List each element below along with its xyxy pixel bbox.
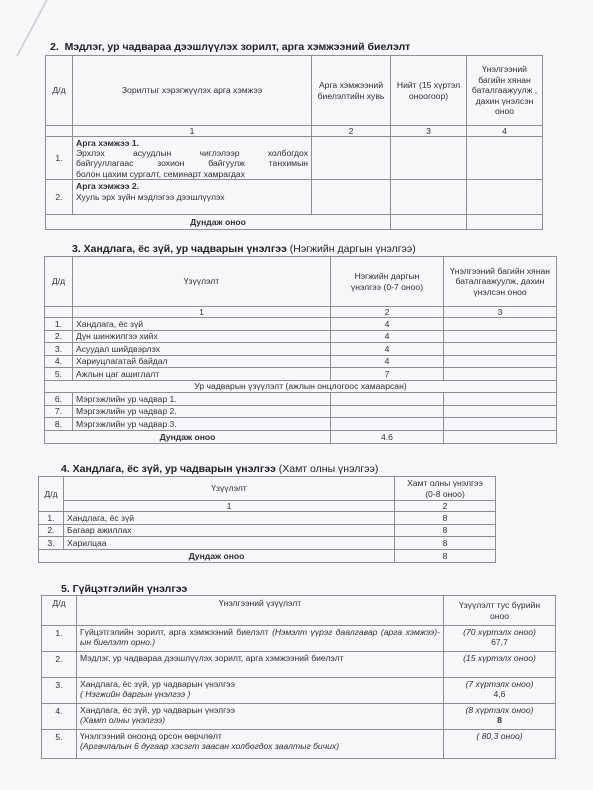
completion-cell xyxy=(312,137,391,180)
table-row: 5.Ажлын цаг ашиглалт7 xyxy=(45,368,557,381)
section3-title: 3. Хандлага, ёс зүй, ур чадварын үнэлгээ… xyxy=(72,243,416,255)
row-index: 2. xyxy=(42,652,77,678)
manager-score xyxy=(331,405,444,418)
empty-cell xyxy=(46,126,73,137)
average-row: Дундаж оноо xyxy=(46,215,543,230)
score-cell: ( 80,3 оноо) xyxy=(444,730,556,759)
column-number: 1 xyxy=(73,307,331,318)
section2-title: 2. Мэдлэг, ур чадвараа дээшлүүлэх зорилт… xyxy=(50,41,410,53)
indicator-label: Багаар ажиллах xyxy=(64,524,395,537)
header-index: Д/д xyxy=(39,477,64,512)
section2-table: Д/д Зорилтыг хэрэгжүүлэх арга хэмжээ Арг… xyxy=(45,55,543,230)
score-cell: (70 хүртэлх оноо)67,7 xyxy=(444,626,556,652)
indicator-main: Хандлага, ёс зүй, ур чадварын үнэлгээ xyxy=(80,705,440,715)
measure-line: болон цахим сургалт, семинарт хамрагдах xyxy=(76,169,308,179)
score-value: 67,7 xyxy=(447,637,552,647)
table-row: 2. Арга хэмжээ 2. Хууль эрх зүйн мэдлэгэ… xyxy=(46,180,543,215)
skill-label: Мэргэжлийн ур чадвар 2. xyxy=(73,405,331,418)
skills-subheader-row: Ур чадварын үзүүлэлт (ажлын онцлогоос ха… xyxy=(45,380,557,393)
indicator-cell: Үнэлгээний оноонд орсон өөрчлөлт(Аргачла… xyxy=(77,730,444,759)
measure-title: Арга хэмжээ 2. xyxy=(76,181,308,191)
average-score: 4.6 xyxy=(331,430,444,443)
indicator-cell: Хандлага, ёс зүй, ур чадварын үнэлгээ(Ха… xyxy=(77,704,444,730)
table-row: 3.Асуудал шийдвэрлэх4 xyxy=(45,343,557,356)
indicator-main: Гүйцэтгэлийн зорилт, арга хэмжээний биел… xyxy=(80,627,269,637)
row-index: 4. xyxy=(42,704,77,730)
manager-score: 4 xyxy=(331,343,444,356)
section2-header-row: Д/д Зорилтыг хэрэгжүүлэх арга хэмжээ Арг… xyxy=(46,56,543,126)
table-row: 2.Мэдлэг, ур чадвараа дээшлүүлэх зорилт,… xyxy=(42,652,556,678)
header-index: Д/д xyxy=(42,596,77,626)
team-score: 8 xyxy=(395,524,496,537)
section2-number: 2. xyxy=(50,41,59,53)
average-score: 8 xyxy=(395,549,496,562)
row-index: 5. xyxy=(42,730,77,759)
header-indicator: Үнэлгээний үзүүлэлт xyxy=(77,596,444,626)
table-row: 1. Арга хэмжээ 1. Эрхлэх асуудлын чиглэл… xyxy=(46,137,543,180)
row-index: 2. xyxy=(45,330,73,343)
indicator-label: Хариуцлагатай байдал xyxy=(73,355,331,368)
score-value: 4,6 xyxy=(447,689,552,699)
reviewed-score xyxy=(444,318,557,331)
row-index: 7. xyxy=(45,405,73,418)
section3-column-numbers: 1 2 3 xyxy=(45,307,557,318)
header-manager-score: Нэгжийн даргын үнэлгээ (0-7 оноо) xyxy=(331,257,444,307)
skill-label: Мэргэжлийн ур чадвар 1. xyxy=(73,393,331,406)
table-row: 8.Мэргэжлийн ур чадвар 3. xyxy=(45,418,557,431)
score-max: (7 хүртэлх оноо) xyxy=(447,679,552,689)
header-team-score: Хамт олны үнэлгээ (0-8 оноо) xyxy=(395,477,496,501)
row-index: 1. xyxy=(46,137,73,180)
total-cell xyxy=(391,137,467,180)
reviewed-cell xyxy=(467,180,543,215)
header-indicator: Үзүүлэлт xyxy=(73,257,331,307)
team-score: 8 xyxy=(395,537,496,550)
header-indicator: Үзүүлэлт xyxy=(64,477,395,501)
measure-line: Хууль эрх зүйн мэдлэгээ дээшлүүлэх xyxy=(76,192,308,202)
column-number: 1 xyxy=(64,501,395,512)
manager-score xyxy=(331,393,444,406)
reviewed-score xyxy=(444,355,557,368)
row-index: 1. xyxy=(45,318,73,331)
header-score: Үзүүлэлт тус бүрийн оноо xyxy=(444,596,556,626)
row-index: 1. xyxy=(42,626,77,652)
header-reviewed: Үнэлгээний багийн хянан баталгаажуулж, д… xyxy=(444,257,557,307)
row-index: 4. xyxy=(45,355,73,368)
section4-column-numbers: 1 2 xyxy=(39,501,496,512)
section5-title: 5. Гүйцэтгэлийн үнэлгээ xyxy=(61,583,187,595)
reviewed-cell xyxy=(467,137,543,180)
score-max: ( 80,3 оноо) xyxy=(447,731,552,741)
section2-column-numbers: 1 2 3 4 xyxy=(46,126,543,137)
table-row: 3.Хандлага, ёс зүй, ур чадварын үнэлгээ(… xyxy=(42,678,556,704)
indicator-label: Ажлын цаг ашиглалт xyxy=(73,368,331,381)
score-max: (70 хүртэлх оноо) xyxy=(447,627,552,637)
table-row: 1.Гүйцэтгэлийн зорилт, арга хэмжээний би… xyxy=(42,626,556,652)
reviewed-score xyxy=(444,368,557,381)
header-measure: Зорилтыг хэрэгжүүлэх арга хэмжээ xyxy=(73,56,312,126)
indicator-main: Үнэлгээний оноонд орсон өөрчлөлт xyxy=(80,731,440,741)
measure-cell: Арга хэмжээ 2. Хууль эрх зүйн мэдлэгээ д… xyxy=(73,180,312,215)
indicator-label: Асуудал шийдвэрлэх xyxy=(73,343,331,356)
header-reviewed: Үнэлгээний багийн хянан баталгаажуулж , … xyxy=(467,56,543,126)
page-edge-shadow xyxy=(0,0,50,56)
empty-cell xyxy=(45,307,73,318)
average-row: Дундаж оноо 4.6 xyxy=(45,430,557,443)
table-row: 2.Дүн шинжилгээ хийх4 xyxy=(45,330,557,343)
section4-title-note: (Хамт олны үнэлгээ) xyxy=(279,463,379,475)
average-reviewed xyxy=(444,430,557,443)
header-total: Нийт (15 хүртэл оноогоор) xyxy=(391,56,467,126)
section4-table: Д/д Үзүүлэлт Хамт олны үнэлгээ (0-8 оноо… xyxy=(38,476,496,563)
score-cell: (15 хүртэлх оноо) xyxy=(444,652,556,678)
header-index: Д/д xyxy=(45,257,73,307)
section3-title-note: (Нэгжийн даргын үнэлгээ) xyxy=(290,243,416,255)
column-number: 4 xyxy=(467,126,543,137)
reviewed-score xyxy=(444,418,557,431)
table-row: 4.Хандлага, ёс зүй, ур чадварын үнэлгээ(… xyxy=(42,704,556,730)
table-row: 2.Багаар ажиллах8 xyxy=(39,524,496,537)
measure-line: Эрхлэх асуудлын чиглэлээр холбогдох xyxy=(76,148,308,158)
measure-cell: Арга хэмжээ 1. Эрхлэх асуудлын чиглэлээр… xyxy=(73,137,312,180)
score-cell: (8 хүртэлх оноо)8 xyxy=(444,704,556,730)
measure-line: байгууллагаас зохион байгуулж танхимын xyxy=(76,158,308,168)
column-number: 3 xyxy=(444,307,557,318)
indicator-label: Хандлага, ёс зүй xyxy=(64,512,395,525)
indicator-label: Харилцаа xyxy=(64,537,395,550)
reviewed-score xyxy=(444,343,557,356)
manager-score xyxy=(331,418,444,431)
score-cell: (7 хүртэлх оноо)4,6 xyxy=(444,678,556,704)
table-row: 6.Мэргэжлийн ур чадвар 1. xyxy=(45,393,557,406)
section4-header-row: Д/д Үзүүлэлт Хамт олны үнэлгээ (0-8 оноо… xyxy=(39,477,496,501)
section3-header-row: Д/д Үзүүлэлт Нэгжийн даргын үнэлгээ (0-7… xyxy=(45,257,557,307)
score-max: (8 хүртэлх оноо) xyxy=(447,705,552,715)
indicator-label: Хандлага, ёс зүй xyxy=(73,318,331,331)
average-total xyxy=(391,215,467,230)
table-row: 5.Үнэлгээний оноонд орсон өөрчлөлт(Аргач… xyxy=(42,730,556,759)
manager-score: 7 xyxy=(331,368,444,381)
table-row: 3.Харилцаа8 xyxy=(39,537,496,550)
team-score: 8 xyxy=(395,512,496,525)
row-index: 6. xyxy=(45,393,73,406)
manager-score: 4 xyxy=(331,330,444,343)
reviewed-score xyxy=(444,393,557,406)
section4-title-bold: 4. Хандлага, ёс зүй, ур чадварын үнэлгээ xyxy=(61,463,276,475)
column-number: 2 xyxy=(312,126,391,137)
section2-title-text: Мэдлэг, ур чадвараа дээшлүүлэх зорилт, а… xyxy=(65,41,411,53)
header-index: Д/д xyxy=(46,56,73,126)
row-index: 8. xyxy=(45,418,73,431)
average-label: Дундаж оноо xyxy=(46,215,391,230)
indicator-note: (Аргачлалын 6 дугаар хэсэгт заасан холбо… xyxy=(80,741,440,751)
column-number: 3 xyxy=(391,126,467,137)
total-cell xyxy=(391,180,467,215)
indicator-text: Гүйцэтгэлийн зорилт, арга хэмжээний биел… xyxy=(80,627,440,648)
header-completion: Арга хэмжээний биелэлтийн хувь xyxy=(312,56,391,126)
row-index: 3. xyxy=(45,343,73,356)
row-index: 5. xyxy=(45,368,73,381)
skill-label: Мэргэжлийн ур чадвар 3. xyxy=(73,418,331,431)
indicator-main: Хандлага, ёс зүй, ур чадварын үнэлгээ xyxy=(80,679,440,689)
average-reviewed xyxy=(467,215,543,230)
column-number: 2 xyxy=(395,501,496,512)
average-row: Дундаж оноо 8 xyxy=(39,549,496,562)
row-index: 2. xyxy=(46,180,73,215)
average-label: Дундаж оноо xyxy=(45,430,331,443)
section3-table: Д/д Үзүүлэлт Нэгжийн даргын үнэлгээ (0-7… xyxy=(44,256,557,444)
reviewed-score xyxy=(444,330,557,343)
row-index: 3. xyxy=(42,678,77,704)
indicator-cell: Хандлага, ёс зүй, ур чадварын үнэлгээ( Н… xyxy=(77,678,444,704)
table-row: 7.Мэргэжлийн ур чадвар 2. xyxy=(45,405,557,418)
score-value: 8 xyxy=(447,715,552,725)
row-index: 2. xyxy=(39,524,64,537)
section3-title-bold: 3. Хандлага, ёс зүй, ур чадварын үнэлгээ xyxy=(72,243,287,255)
table-row: 1.Хандлага, ёс зүй4 xyxy=(45,318,557,331)
row-index: 1. xyxy=(39,512,64,525)
skills-subheader: Ур чадварын үзүүлэлт (ажлын онцлогоос ха… xyxy=(45,380,557,393)
score-max: (15 хүртэлх оноо) xyxy=(447,653,552,663)
column-number: 1 xyxy=(73,126,312,137)
section4-title: 4. Хандлага, ёс зүй, ур чадварын үнэлгээ… xyxy=(61,463,378,475)
indicator-main: Мэдлэг, ур чадвараа дээшлүүлэх зорилт, а… xyxy=(80,653,344,663)
average-label: Дундаж оноо xyxy=(39,549,395,562)
indicator-cell: Гүйцэтгэлийн зорилт, арга хэмжээний биел… xyxy=(77,626,444,652)
measure-title: Арга хэмжээ 1. xyxy=(76,138,308,148)
row-index: 3. xyxy=(39,537,64,550)
manager-score: 4 xyxy=(331,355,444,368)
table-row: 1.Хандлага, ёс зүй8 xyxy=(39,512,496,525)
indicator-cell: Мэдлэг, ур чадвараа дээшлүүлэх зорилт, а… xyxy=(77,652,444,678)
manager-score: 4 xyxy=(331,318,444,331)
indicator-note: (Хамт олны үнэлгээ) xyxy=(80,715,440,725)
completion-cell xyxy=(312,180,391,215)
indicator-label: Дүн шинжилгээ хийх xyxy=(73,330,331,343)
column-number: 2 xyxy=(331,307,444,318)
indicator-text: Мэдлэг, ур чадвараа дээшлүүлэх зорилт, а… xyxy=(80,653,440,663)
section5-table: Д/д Үнэлгээний үзүүлэлт Үзүүлэлт тус бүр… xyxy=(41,595,556,759)
table-row: 4.Хариуцлагатай байдал4 xyxy=(45,355,557,368)
indicator-note: ( Нэгжийн даргын үнэлгээ ) xyxy=(80,689,440,699)
reviewed-score xyxy=(444,405,557,418)
section5-header-row: Д/д Үнэлгээний үзүүлэлт Үзүүлэлт тус бүр… xyxy=(42,596,556,626)
